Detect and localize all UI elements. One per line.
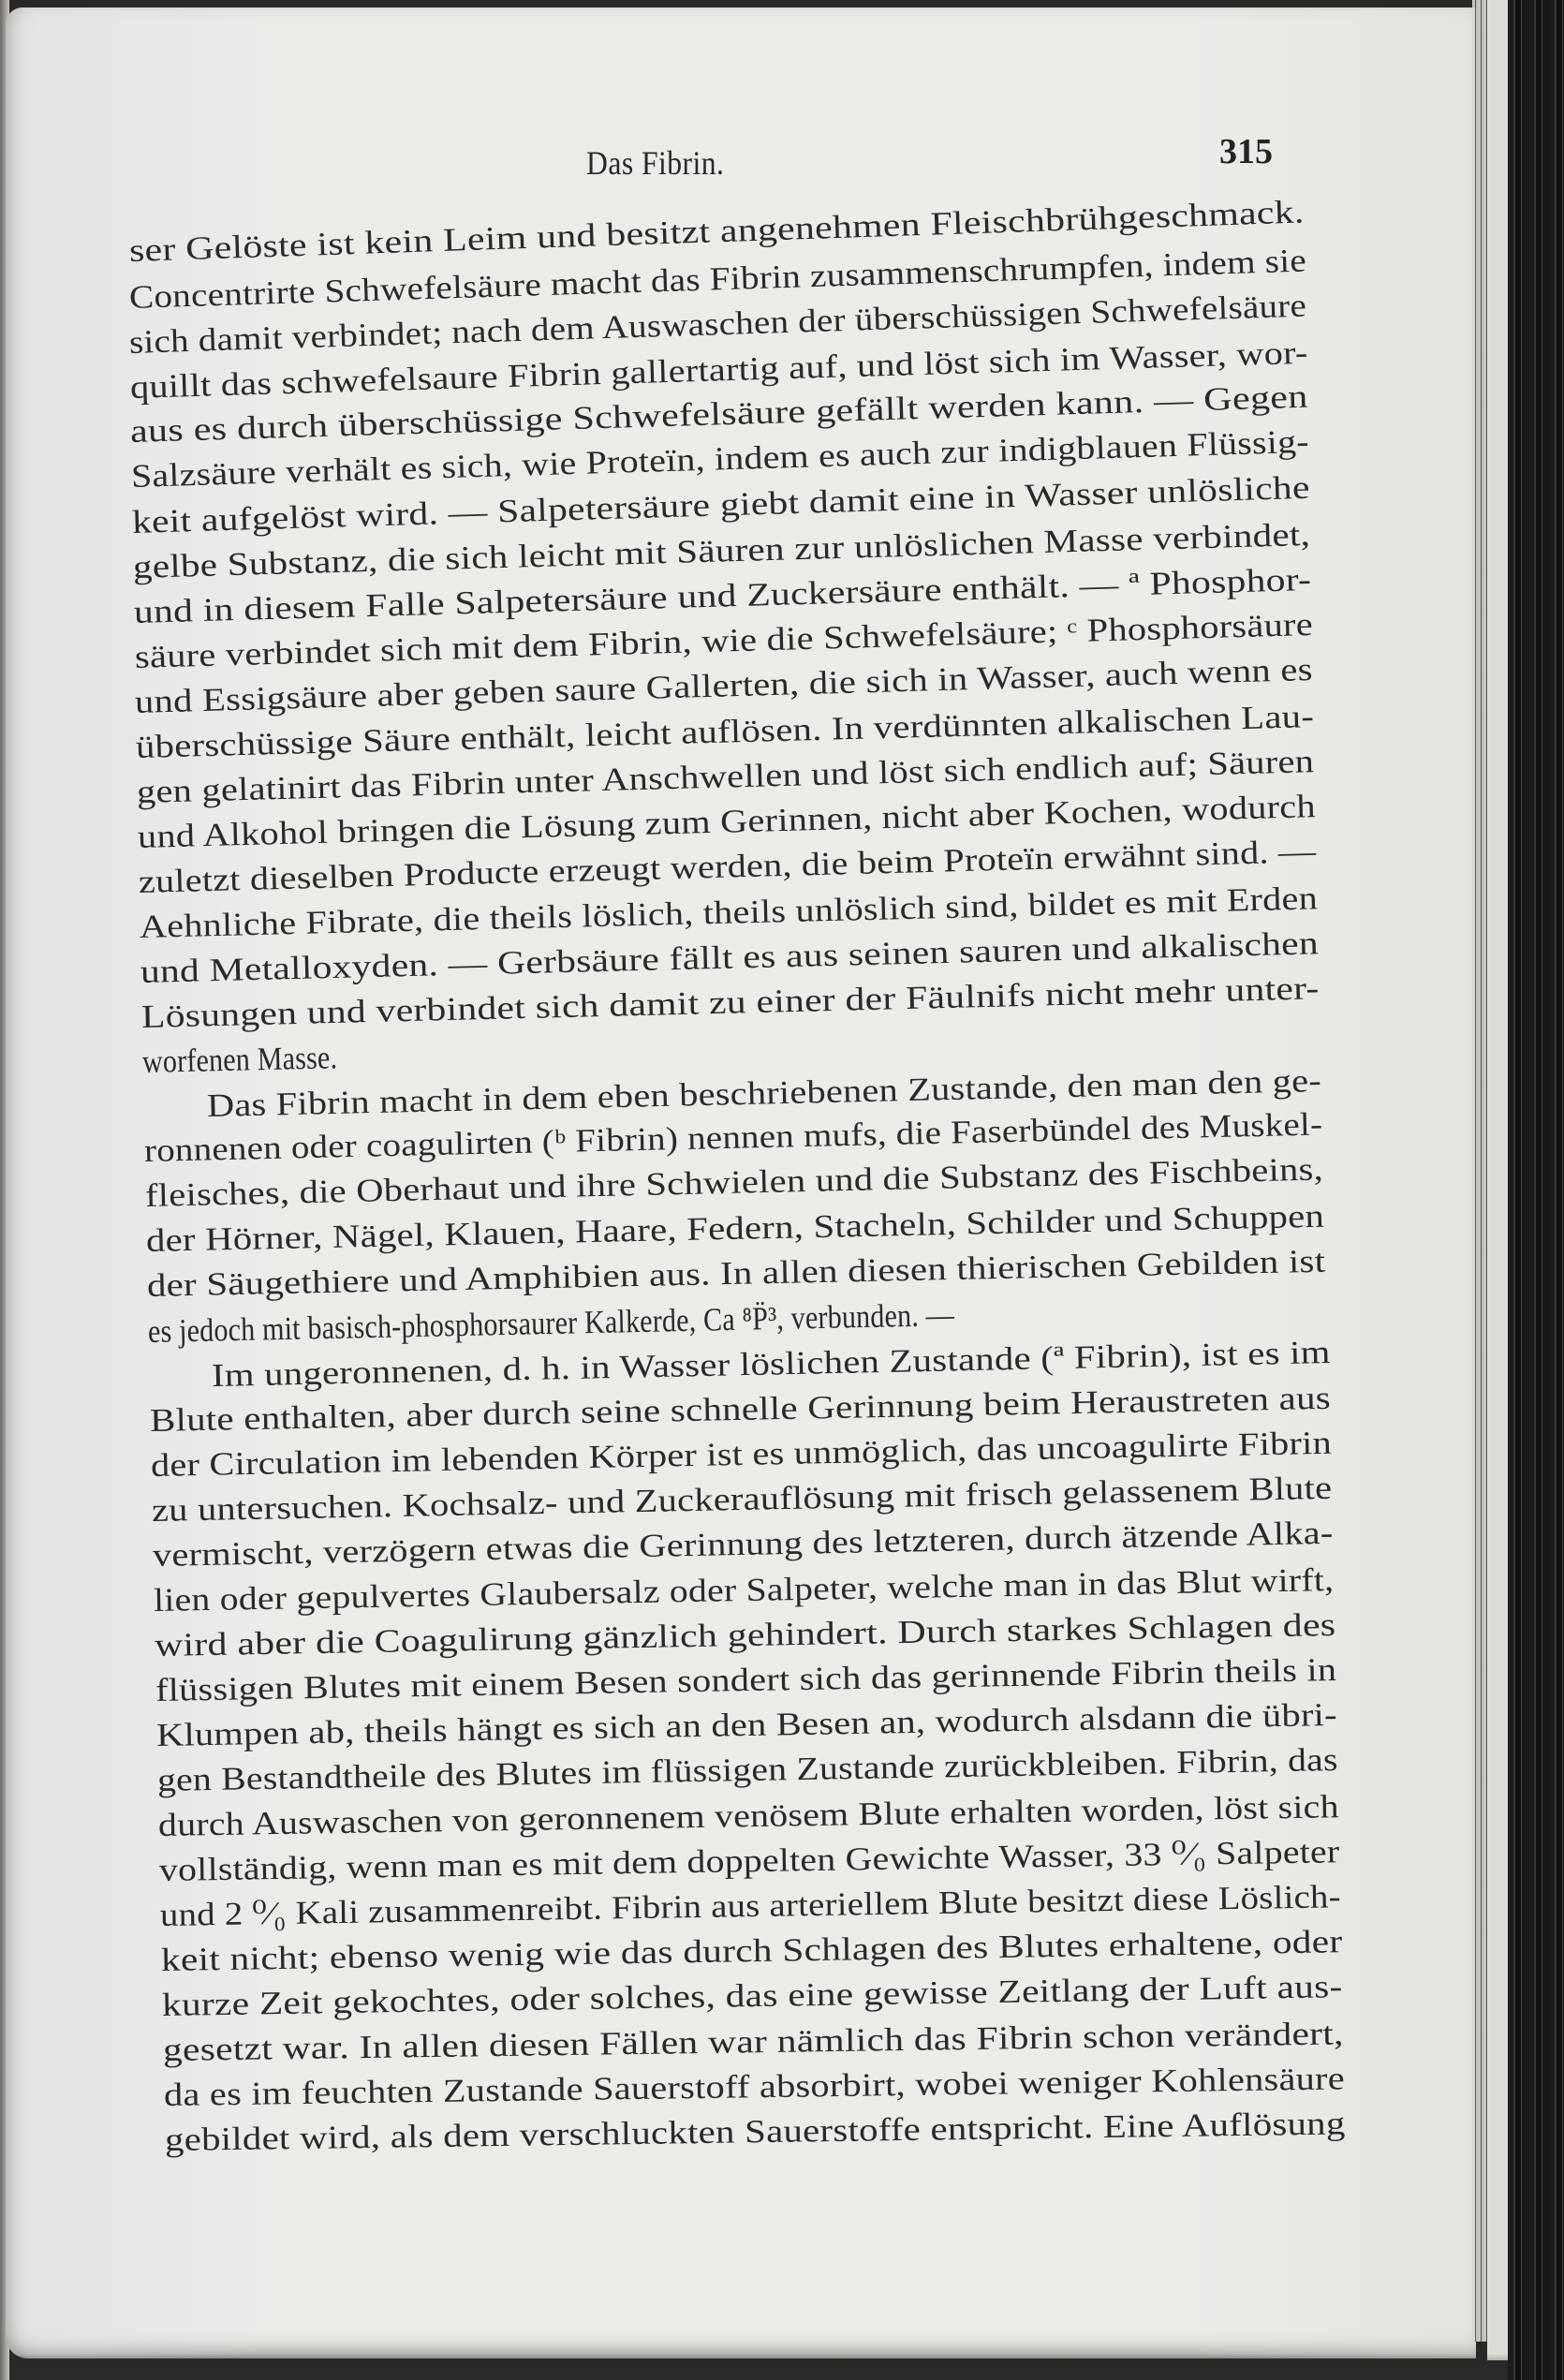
book-page: Das Fibrin. 315 ser Gelöste ist kein Lei…: [6, 7, 1476, 2358]
page-number: 315: [1219, 131, 1273, 172]
running-head: Das Fibrin.: [586, 143, 724, 183]
book-binding: [1508, 0, 1564, 2380]
page-stack: [1487, 0, 1508, 2360]
page-edge-lines: [1472, 0, 1487, 2342]
book-scan: Das Fibrin. 315 ser Gelöste ist kein Lei…: [0, 0, 1564, 2380]
bottom-shadow: [9, 2354, 1508, 2380]
text-line: worfenen Masse.: [142, 1039, 338, 1081]
